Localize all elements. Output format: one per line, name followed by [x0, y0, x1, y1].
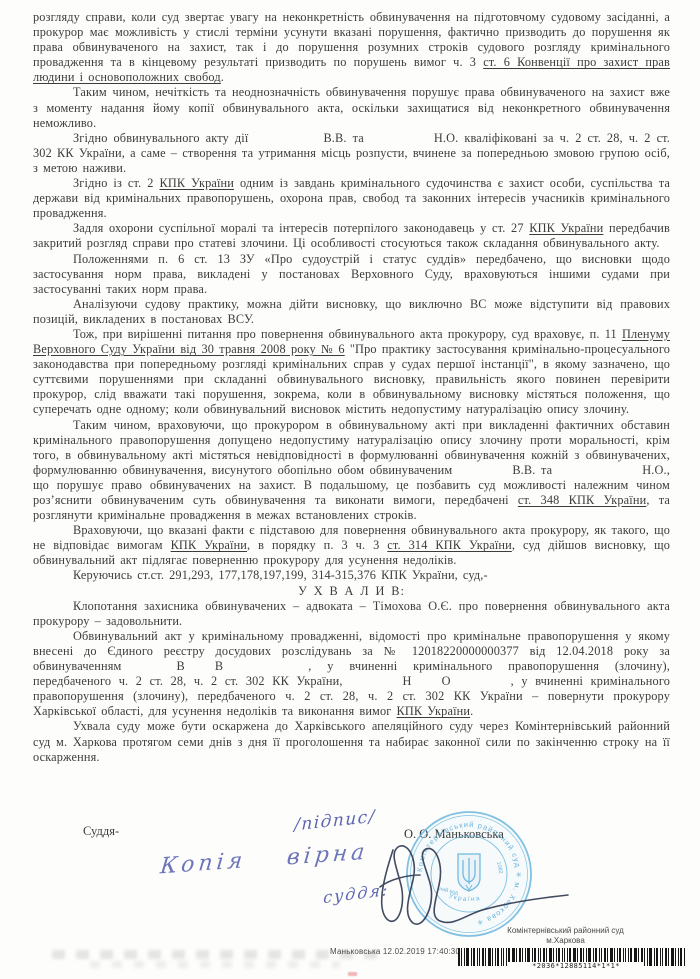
barcode-value: *2036*12885114*1*1* [508, 962, 644, 970]
text-segment: О [442, 674, 451, 688]
footer-court-line1: Комінтернівський районний суд [478, 926, 653, 936]
ruling-heading: У Х В А Л И В: [33, 584, 670, 599]
paragraph: розгляду справи, коли суд звертає увагу … [33, 10, 670, 85]
paragraph: Ухвала суду може бути оскаржена до Харкі… [33, 719, 670, 764]
text-segment: Таким чином, нечіткість та неоднозначніс… [33, 85, 670, 129]
text-segment: Згідно із ст. 2 [73, 176, 160, 190]
paragraph: Керуючись ст.ст. 291,293, 177,178,197,19… [33, 568, 670, 583]
text-segment: В [215, 659, 223, 673]
bleed-through-artifact [90, 961, 340, 968]
handwritten-copy-note: Копія вірна [159, 840, 370, 880]
paragraph: Згідно із ст. 2 КПК України одним із зав… [33, 176, 670, 221]
paragraph: Таким чином, враховуючи, що прокурором в… [33, 418, 670, 524]
text-segment: . [470, 704, 473, 718]
text-segment: Тож, при вирішенні питання про поверненн… [73, 327, 622, 341]
text-segment: В [176, 659, 184, 673]
paragraph: Враховуючи, що вказані факти є підставою… [33, 523, 670, 568]
text-segment: В.В. та [512, 463, 552, 477]
legal-reference-underlined: ст. 348 КПК України [518, 493, 646, 507]
redacted-name-gap [223, 668, 308, 670]
document-body: розгляду справи, коли суд звертає увагу … [33, 10, 670, 765]
redacted-name-gap [185, 668, 215, 670]
redacted-name-gap [343, 683, 403, 685]
footer-court-line2: м.Харкова [478, 936, 653, 946]
redacted-name-gap [452, 472, 512, 474]
text-segment: У Х В А Л И В: [298, 584, 405, 598]
handwritten-signature-note: /підпис/ [294, 807, 376, 836]
footer-court-name: Комінтернівський районний суд м.Харкова [478, 926, 653, 945]
paragraph: Положеннями п. 6 ст. 13 ЗУ «Про судоустр… [33, 252, 670, 297]
text-segment: Положеннями п. 6 ст. 13 ЗУ «Про судоустр… [33, 252, 670, 296]
signature-stroke-icon [368, 835, 578, 940]
redacted-name-gap [248, 140, 323, 142]
text-segment: Задля охорони суспільної моралі та інтер… [73, 221, 529, 235]
text-segment: Аналізуючи судову практику, можна дійти … [33, 297, 670, 326]
text-segment: Н [403, 674, 412, 688]
text-segment: , в порядку п. 3 ч. 3 [247, 538, 387, 552]
text-segment: Керуючись ст.ст. 291,293, 177,178,197,19… [73, 568, 488, 582]
text-segment: В.В. та [323, 131, 363, 145]
paragraph: Задля охорони суспільної моралі та інтер… [33, 221, 670, 251]
judge-label: Суддя- [83, 824, 119, 839]
legal-reference-underlined: КПК України [529, 221, 603, 235]
redacted-name-gap [364, 140, 434, 142]
legal-reference-underlined: КПК України [397, 704, 471, 718]
bleed-through-artifact [52, 950, 387, 959]
judge-ink-signature [368, 835, 578, 940]
legal-reference-underlined: КПК України [171, 538, 247, 552]
redacted-name-gap [451, 683, 511, 685]
paragraph: Тож, при вирішенні питання про поверненн… [33, 327, 670, 418]
paragraph: Згідно обвинувального акту діїВ.В. таН.О… [33, 131, 670, 176]
text-segment: . [221, 70, 224, 84]
scan-speck-artifact [348, 972, 357, 976]
redacted-name-gap [412, 683, 442, 685]
redacted-name-gap [121, 668, 176, 670]
text-segment: Таким чином, враховуючи, що прокурором в… [33, 418, 670, 477]
paragraph: Таким чином, нечіткість та неоднозначніс… [33, 85, 670, 130]
text-segment: Згідно обвинувального акту дії [73, 131, 248, 145]
paragraph: Клопотання захисника обвинувачених – адв… [33, 599, 670, 629]
legal-reference-underlined: КПК України [160, 176, 235, 190]
text-segment: Клопотання захисника обвинувачених – адв… [33, 599, 670, 628]
text-segment: Ухвала суду може бути оскаржена до Харкі… [33, 719, 670, 763]
paragraph: Обвинувальний акт у кримінальному провад… [33, 629, 670, 720]
legal-reference-underlined: ст. 314 КПК України [387, 538, 512, 552]
redacted-name-gap [552, 472, 642, 474]
paragraph: Аналізуючи судову практику, можна дійти … [33, 297, 670, 327]
scanned-court-ruling-page: розгляду справи, коли суд звертає увагу … [0, 0, 700, 979]
